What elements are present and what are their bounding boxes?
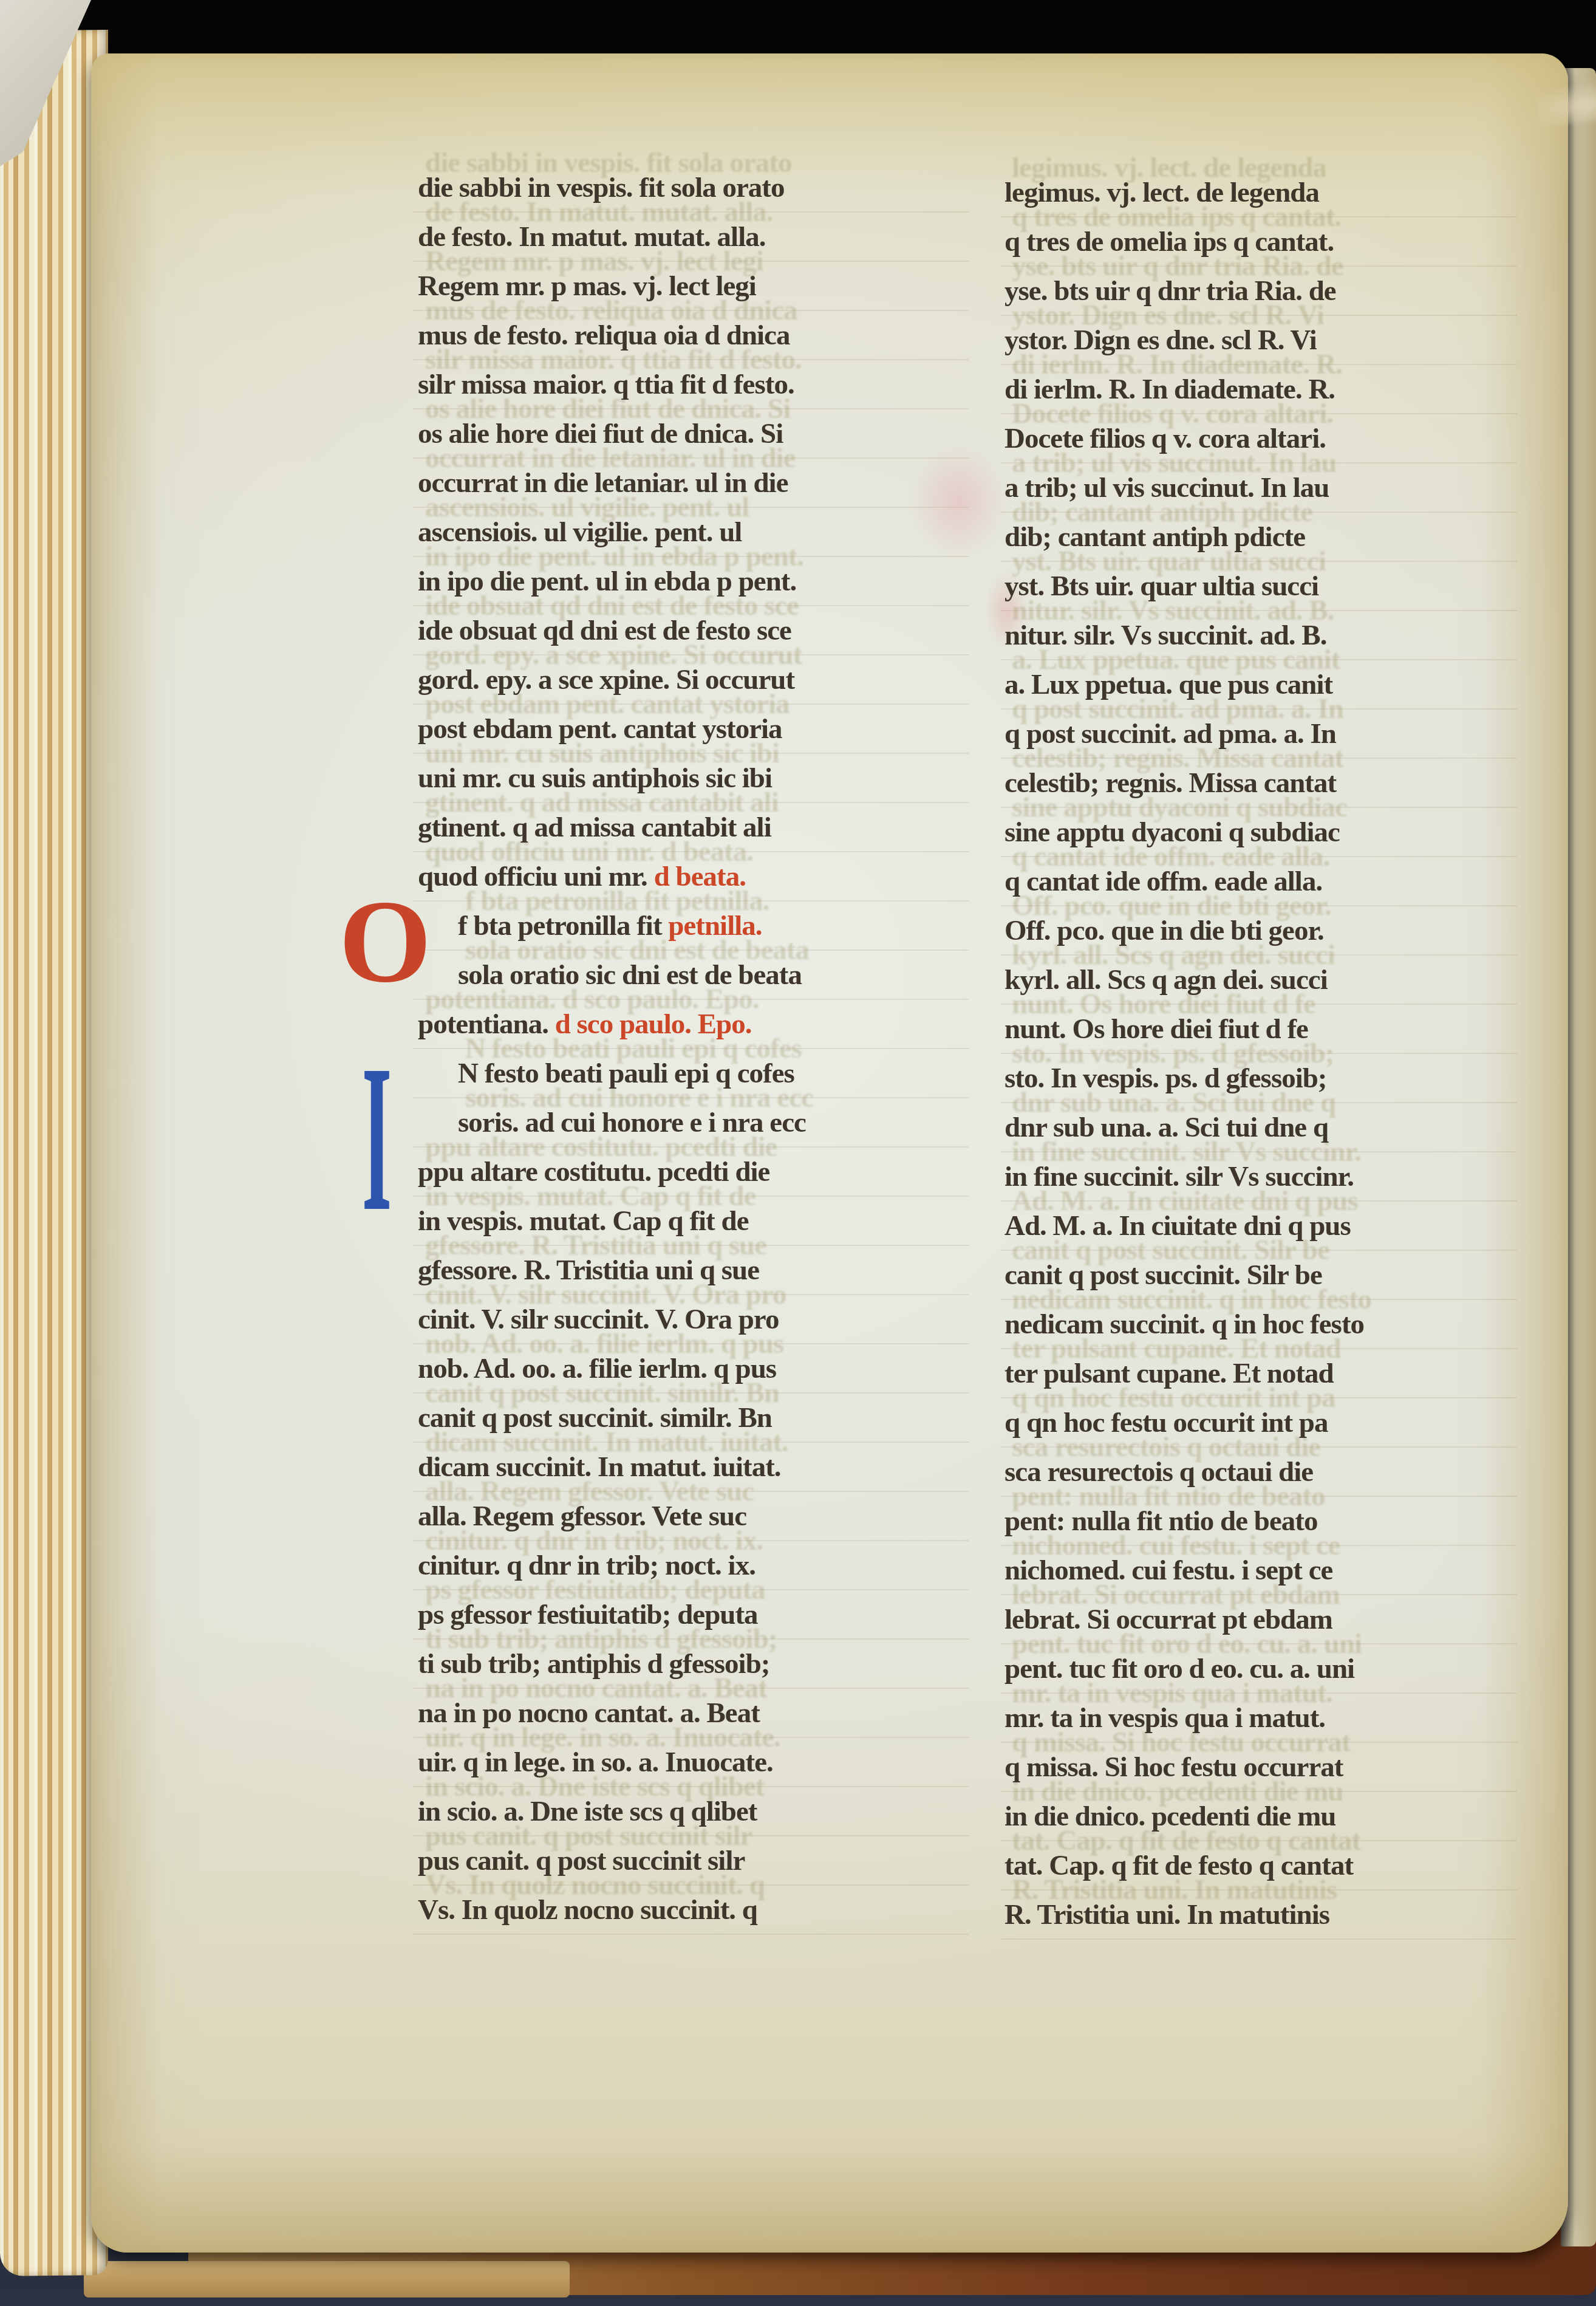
manuscript-line: occurrat in die letaniar. ul in die: [418, 459, 967, 508]
manuscript-line: na in po nocno cantat. a. Beat: [418, 1689, 967, 1738]
manuscript-line: dnr sub una. a. Sci tui dne q: [1004, 1103, 1515, 1152]
manuscript-line: uir. q in lege. in so. a. Inuocate.: [418, 1738, 967, 1787]
body-text: post ebdam pent. cantat ystoria: [418, 713, 782, 745]
body-text: q cantat ide offm. eade alla.: [1004, 866, 1322, 897]
manuscript-line: q tres de omelia ips q cantat.: [1004, 217, 1515, 267]
manuscript-line: mus de festo. reliqua oia d dnica: [418, 311, 967, 360]
manuscript-line: sto. In vespis. ps. d gfessoib;: [1004, 1054, 1515, 1103]
manuscript-line: a. Lux ppetua. que pus canit: [1004, 660, 1515, 710]
bottom-leaf-edges: [84, 2261, 570, 2297]
manuscript-line: Regem mr. p mas. vj. lect legi: [418, 262, 967, 311]
manuscript-line: post ebdam pent. cantat ystoria: [418, 705, 967, 754]
body-text: celestib; regnis. Missa cantat: [1004, 767, 1336, 799]
manuscript-line: q missa. Si hoc festu occurrat: [1004, 1743, 1515, 1792]
body-text: pus canit. q post succinit silr: [418, 1845, 745, 1877]
body-text: ti sub trib; antiphis d gfessoib;: [418, 1648, 769, 1680]
body-text: nunt. Os hore diei fiut d fe: [1004, 1013, 1308, 1045]
manuscript-line: canit q post succinit. Silr be: [1004, 1251, 1515, 1300]
manuscript-line: uni mr. cu suis antiphois sic ibi: [418, 754, 967, 803]
manuscript-line: yse. bts uir q dnr tria Ria. de: [1004, 267, 1515, 316]
manuscript-line: cinit. V. silr succinit. V. Ora pro: [418, 1295, 967, 1344]
drop-cap-initial-i: I: [362, 1035, 392, 1246]
body-text: N festo beati pauli epi q cofes: [458, 1058, 794, 1089]
body-text: gtinent. q ad missa cantabit ali: [418, 812, 771, 843]
body-text: yst. Bts uir. quar ultia succi: [1004, 570, 1318, 602]
body-text: die sabbi in vespis. fit sola orato: [418, 172, 785, 204]
body-text: dib; cantant antiph pdicte: [1004, 521, 1305, 553]
manuscript-line: soris. ad cui honore e i nra ecc: [418, 1098, 967, 1148]
body-text: ppu altare costitutu. pcedti die: [418, 1156, 769, 1188]
text-column-right: legimus. vj. lect. de legendaq tres de o…: [1004, 168, 1515, 1940]
body-text: ystor. Dign es dne. scl R. Vi: [1004, 324, 1317, 356]
body-text: alla. Regem gfessor. Vete suc: [418, 1500, 746, 1532]
manuscript-line: in ipo die pent. ul in ebda p pent.: [418, 557, 967, 606]
manuscript-line: ystor. Dign es dne. scl R. Vi: [1004, 316, 1515, 365]
manuscript-line: pus canit. q post succinit silr: [418, 1836, 967, 1886]
manuscript-line: mr. ta in vespis qua i matut.: [1004, 1694, 1515, 1743]
manuscript-line: dicam succinit. In matut. iuitat.: [418, 1443, 967, 1492]
manuscript-line: Ad. M. a. In ciuitate dni q pus: [1004, 1202, 1515, 1251]
manuscript-line: gord. epy. a sce xpine. Si occurut: [418, 655, 967, 705]
manuscript-line: ppu altare costitutu. pcedti die: [418, 1148, 967, 1197]
manuscript-line: f bta petronilla fit petnilla.: [418, 902, 967, 951]
body-text: a. Lux ppetua. que pus canit: [1004, 669, 1332, 700]
body-text: a trib; ul vis succinut. In lau: [1004, 472, 1329, 504]
body-text: quod officiu uni mr.: [418, 861, 654, 892]
manuscript-line: silr missa maior. q ttia fit d festo.: [418, 360, 967, 409]
body-text: q tres de omelia ips q cantat.: [1004, 226, 1334, 258]
rubric-text: d beata.: [654, 861, 746, 892]
manuscript-line: Docete filios q v. cora altari.: [1004, 414, 1515, 464]
body-text: Docete filios q v. cora altari.: [1004, 423, 1326, 454]
manuscript-line: a trib; ul vis succinut. In lau: [1004, 464, 1515, 513]
body-text: na in po nocno cantat. a. Beat: [418, 1697, 760, 1729]
rubric-text: petnilla.: [668, 910, 762, 942]
body-text: canit q post succinit. similr. Bn: [418, 1402, 772, 1434]
body-text: sine apptu dyaconi q subdiac: [1004, 816, 1340, 848]
body-text: kyrl. all. Scs q agn dei. succi: [1004, 964, 1328, 996]
body-text: mr. ta in vespis qua i matut.: [1004, 1702, 1325, 1734]
body-text: q post succinit. ad pma. a. In: [1004, 718, 1336, 750]
body-text: gord. epy. a sce xpine. Si occurut: [418, 664, 794, 696]
manuscript-line: gtinent. q ad missa cantabit ali: [418, 803, 967, 852]
manuscript-line: pent. tuc fit oro d eo. cu. a. uni: [1004, 1644, 1515, 1694]
manuscript-line: ide obsuat qd dni est de festo sce: [418, 606, 967, 655]
body-text: cinitur. q dnr in trib; noct. ix.: [418, 1550, 755, 1581]
body-text: q qn hoc festu occurit int pa: [1004, 1407, 1328, 1439]
manuscript-line: ascensiois. ul vigilie. pent. ul: [418, 508, 967, 557]
body-text: uir. q in lege. in so. a. Inuocate.: [418, 1747, 773, 1778]
body-text: Regem mr. p mas. vj. lect legi: [418, 270, 756, 302]
manuscript-line: in die dnico. pcedenti die mu: [1004, 1792, 1515, 1841]
body-text: Ad. M. a. In ciuitate dni q pus: [1004, 1210, 1351, 1242]
manuscript-line: legimus. vj. lect. de legenda: [1004, 168, 1515, 217]
body-text: Off. pco. que in die bti geor.: [1004, 915, 1324, 946]
manuscript-line: die sabbi in vespis. fit sola orato: [418, 163, 967, 213]
body-text: in die dnico. pcedenti die mu: [1004, 1801, 1336, 1832]
body-text: Vs. In quolz nocno succinit. q: [418, 1894, 757, 1926]
body-text: yse. bts uir q dnr tria Ria. de: [1004, 275, 1336, 307]
drop-cap-initial-o: O: [339, 882, 431, 1001]
rubric-text: d sco paulo. Epo.: [555, 1008, 752, 1040]
manuscript-line: nedicam succinit. q in hoc festo: [1004, 1300, 1515, 1349]
body-text: in scio. a. Dne iste scs q qlibet: [418, 1796, 757, 1827]
body-text: R. Tristitia uni. In matutinis: [1004, 1899, 1329, 1931]
body-text: cinit. V. silr succinit. V. Ora pro: [418, 1304, 779, 1335]
body-text: canit q post succinit. Silr be: [1004, 1259, 1322, 1291]
body-text: soris. ad cui honore e i nra ecc: [458, 1107, 806, 1138]
manuscript-line: nichomed. cui festu. i sept ce: [1004, 1546, 1515, 1595]
body-text: de festo. In matut. mutat. alla.: [418, 221, 765, 253]
body-text: in fine succinit. silr Vs succinr.: [1004, 1161, 1354, 1192]
manuscript-line: gfessore. R. Tristitia uni q sue: [418, 1246, 967, 1295]
manuscript-line: ps gfessor festiuitatib; deputa: [418, 1590, 967, 1640]
body-text: nedicam succinit. q in hoc festo: [1004, 1309, 1364, 1340]
body-text: ps gfessor festiuitatib; deputa: [418, 1599, 758, 1630]
manuscript-line: Off. pco. que in die bti geor.: [1004, 906, 1515, 956]
manuscript-line: nob. Ad. oo. a. filie ierlm. q pus: [418, 1344, 967, 1394]
manuscript-line: N festo beati pauli epi q cofes: [418, 1049, 967, 1098]
manuscript-line: in fine succinit. silr Vs succinr.: [1004, 1152, 1515, 1202]
manuscript-line: yst. Bts uir. quar ultia succi: [1004, 562, 1515, 611]
manuscript-line: q qn hoc festu occurit int pa: [1004, 1398, 1515, 1448]
manuscript-line: sola oratio sic dni est de beata: [418, 951, 967, 1000]
body-text: os alie hore diei fiut de dnica. Si: [418, 418, 783, 450]
body-text: nob. Ad. oo. a. filie ierlm. q pus: [418, 1353, 776, 1384]
body-text: nitur. silr. Vs succinit. ad. B.: [1004, 620, 1326, 651]
body-text: mus de festo. reliqua oia d dnica: [418, 320, 789, 351]
manuscript-line: sca resurectois q octaui die: [1004, 1448, 1515, 1497]
body-text: in ipo die pent. ul in ebda p pent.: [418, 566, 796, 597]
manuscript-line: os alie hore diei fiut de dnica. Si: [418, 409, 967, 459]
body-text: f bta petronilla fit: [458, 910, 668, 942]
manuscript-line: in vespis. mutat. Cap q fit de: [418, 1197, 967, 1246]
body-text: gfessore. R. Tristitia uni q sue: [418, 1254, 759, 1286]
manuscript-line: quod officiu uni mr. d beata.: [418, 852, 967, 902]
body-text: lebrat. Si occurrat pt ebdam: [1004, 1604, 1332, 1635]
manuscript-line: de festo. In matut. mutat. alla.: [418, 213, 967, 262]
frayed-parchment-fibres: [1534, 69, 1596, 128]
body-text: sola oratio sic dni est de beata: [458, 959, 802, 991]
body-text: sto. In vespis. ps. d gfessoib;: [1004, 1062, 1327, 1094]
body-text: legimus. vj. lect. de legenda: [1004, 177, 1319, 208]
manuscript-line: celestib; regnis. Missa cantat: [1004, 759, 1515, 808]
manuscript-line: in scio. a. Dne iste scs q qlibet: [418, 1787, 967, 1836]
body-text: silr missa maior. q ttia fit d festo.: [418, 369, 794, 400]
body-text: potentiana.: [418, 1008, 555, 1040]
manuscript-line: pent: nulla fit ntio de beato: [1004, 1497, 1515, 1546]
manuscript-line: R. Tristitia uni. In matutinis: [1004, 1890, 1515, 1940]
manuscript-line: tat. Cap. q fit de festo q cantat: [1004, 1841, 1515, 1890]
body-text: ter pulsant cupane. Et notad: [1004, 1358, 1334, 1389]
body-text: pent. tuc fit oro d eo. cu. a. uni: [1004, 1653, 1354, 1685]
text-column-left: die sabbi in vespis. fit sola oratode fe…: [418, 163, 967, 1935]
manuscript-line: q cantat ide offm. eade alla.: [1004, 857, 1515, 906]
manuscript-line: nitur. silr. Vs succinit. ad. B.: [1004, 611, 1515, 660]
manuscript-line: dib; cantant antiph pdicte: [1004, 513, 1515, 562]
body-text: ide obsuat qd dni est de festo sce: [418, 615, 791, 646]
body-text: q missa. Si hoc festu occurrat: [1004, 1751, 1343, 1783]
body-text: occurrat in die letaniar. ul in die: [418, 467, 788, 499]
body-text: nichomed. cui festu. i sept ce: [1004, 1555, 1332, 1586]
body-text: dicam succinit. In matut. iuitat.: [418, 1451, 781, 1483]
manuscript-line: cinitur. q dnr in trib; noct. ix.: [418, 1541, 967, 1590]
manuscript-line: canit q post succinit. similr. Bn: [418, 1394, 967, 1443]
body-text: dnr sub una. a. Sci tui dne q: [1004, 1112, 1328, 1143]
manuscript-line: Vs. In quolz nocno succinit. q: [418, 1886, 967, 1935]
manuscript-line: kyrl. all. Scs q agn dei. succi: [1004, 956, 1515, 1005]
manuscript-line: di ierlm. R. In diademate. R.: [1004, 365, 1515, 414]
body-text: di ierlm. R. In diademate. R.: [1004, 374, 1335, 405]
body-text: pent: nulla fit ntio de beato: [1004, 1505, 1317, 1537]
body-text: sca resurectois q octaui die: [1004, 1456, 1313, 1488]
manuscript-line: ti sub trib; antiphis d gfessoib;: [418, 1640, 967, 1689]
body-text: tat. Cap. q fit de festo q cantat: [1004, 1850, 1353, 1881]
body-text: uni mr. cu suis antiphois sic ibi: [418, 762, 772, 794]
manuscript-line: ter pulsant cupane. Et notad: [1004, 1349, 1515, 1398]
manuscript-line: lebrat. Si occurrat pt ebdam: [1004, 1595, 1515, 1644]
manuscript-line: q post succinit. ad pma. a. In: [1004, 710, 1515, 759]
body-text: in vespis. mutat. Cap q fit de: [418, 1205, 749, 1237]
manuscript-line: sine apptu dyaconi q subdiac: [1004, 808, 1515, 857]
manuscript-line: alla. Regem gfessor. Vete suc: [418, 1492, 967, 1541]
manuscript-line: nunt. Os hore diei fiut d fe: [1004, 1005, 1515, 1054]
manuscript-photo-scene: die sabbi in vespis. fit sola oratode fe…: [0, 0, 1596, 2306]
manuscript-line: potentiana. d sco paulo. Epo.: [418, 1000, 967, 1049]
body-text: ascensiois. ul vigilie. pent. ul: [418, 516, 742, 548]
